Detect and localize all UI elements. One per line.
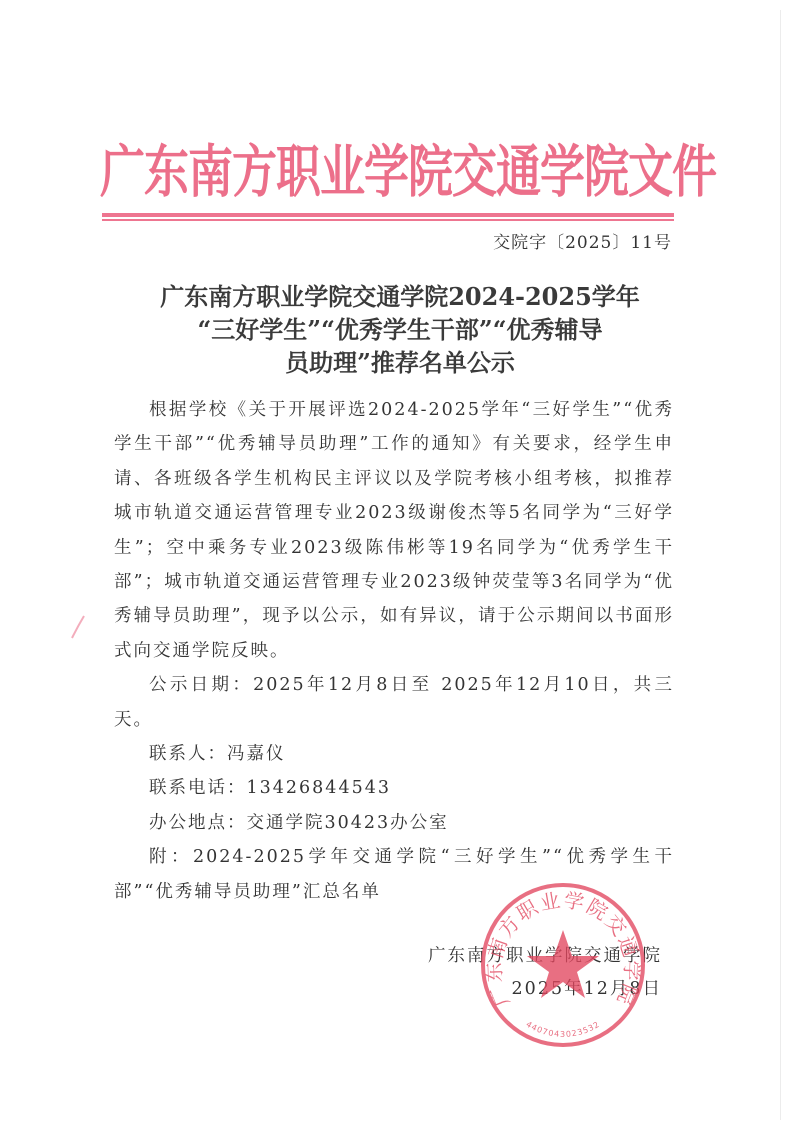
document-number: 交院字〔2025〕11号	[493, 228, 672, 253]
title-line-2: “三好学生”“优秀学生干部”“优秀辅导	[100, 313, 700, 346]
document-body: 根据学校《关于开展评选2024-2025学年“三好学生”“优秀学生干部”“优秀辅…	[114, 393, 674, 909]
document-title: 广东南方职业学院交通学院2024-2025学年 “三好学生”“优秀学生干部”“优…	[100, 280, 700, 379]
title-line-3: 员助理”推荐名单公示	[100, 346, 700, 379]
scan-edge-line	[780, 10, 781, 1120]
seal-code: 4407043023532	[524, 1020, 601, 1039]
masthead-rule-thin	[102, 219, 674, 221]
official-seal-icon: 广东南方职业学院交通学院 4407043023532	[478, 880, 648, 1050]
body-paragraph-main: 根据学校《关于开展评选2024-2025学年“三好学生”“优秀学生干部”“优秀辅…	[114, 393, 674, 668]
svg-text:4407043023532: 4407043023532	[524, 1020, 601, 1039]
title-line-1: 广东南方职业学院交通学院2024-2025学年	[100, 280, 700, 313]
contact-phone: 联系电话：13426844543	[114, 771, 674, 805]
office-location: 办公地点：交通学院30423办公室	[114, 806, 674, 840]
contact-person: 联系人：冯嘉仪	[114, 737, 674, 771]
masthead-rule-thick	[102, 213, 674, 217]
document-masthead: 广东南方职业学院交通学院文件	[100, 126, 700, 207]
publicity-period: 公示日期：2025年12月8日至 2025年12月10日，共三天。	[114, 668, 674, 737]
red-ink-smudge	[62, 612, 102, 642]
